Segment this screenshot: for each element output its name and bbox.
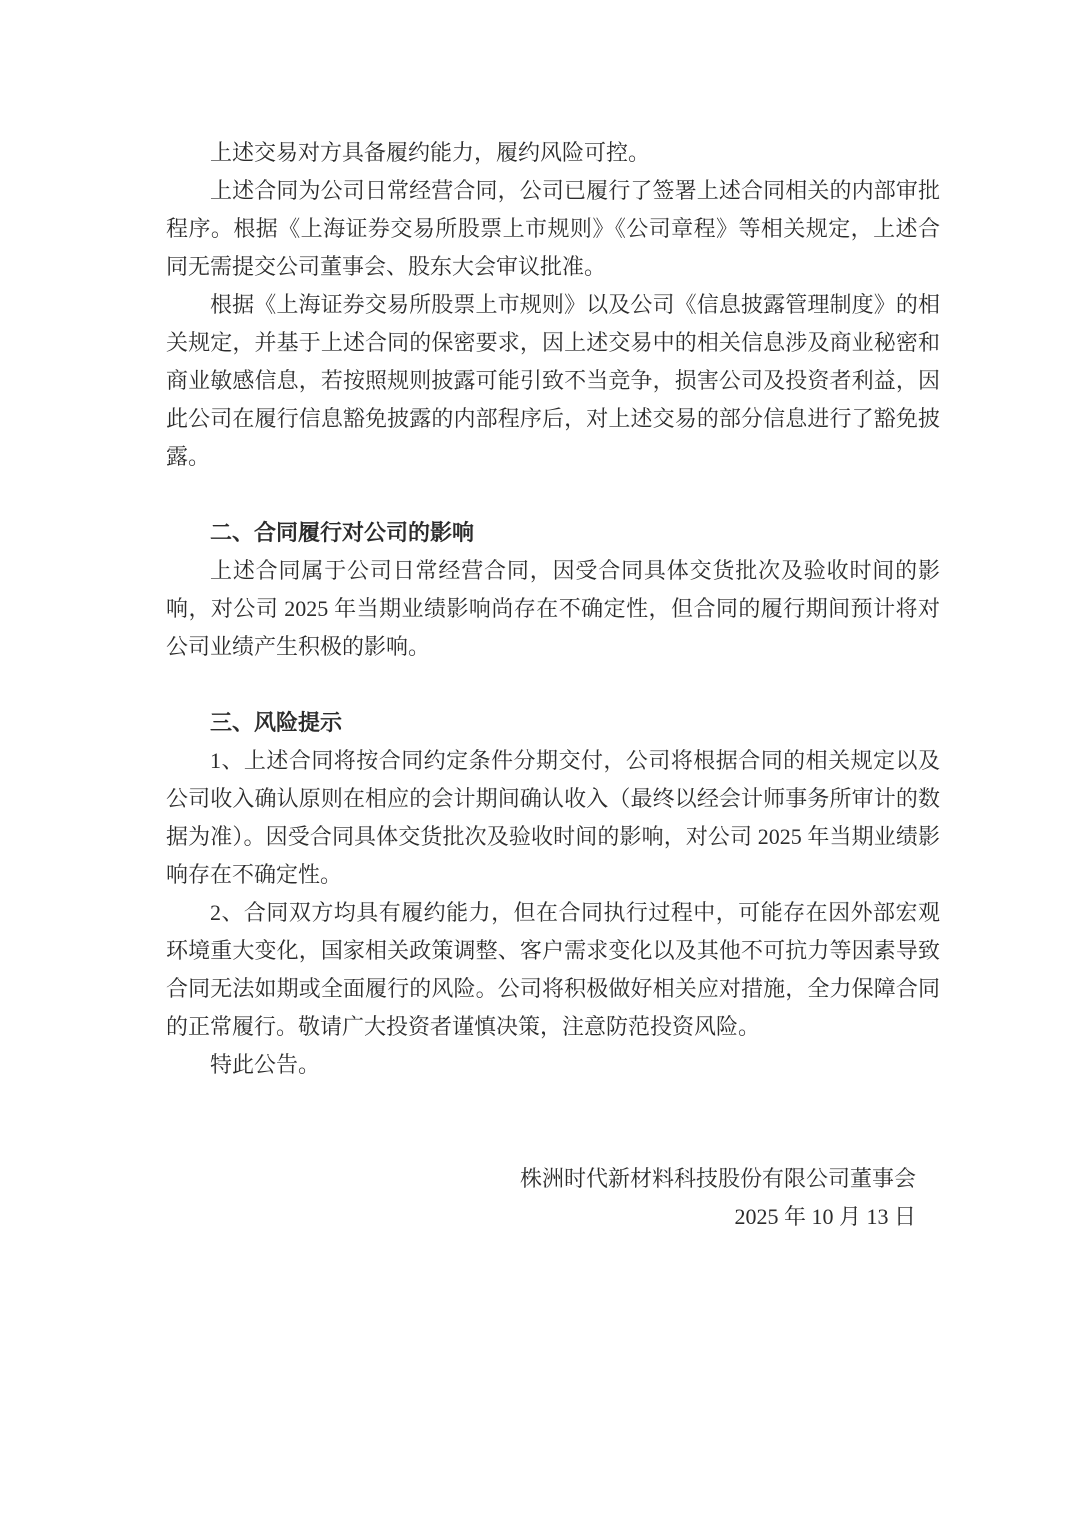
paragraph-counterparty-ability: 上述交易对方具备履约能力，履约风险可控。	[166, 134, 940, 172]
signature-date: 2025 年 10 月 13 日	[166, 1198, 916, 1236]
section-heading-risk-notice: 三、风险提示	[166, 704, 940, 742]
paragraph-impact-on-company: 上述合同属于公司日常经营合同，因受合同具体交货批次及验收时间的影响，对公司 20…	[166, 552, 940, 666]
document-page: 上述交易对方具备履约能力，履约风险可控。 上述合同为公司日常经营合同，公司已履行…	[0, 0, 1080, 1527]
signature-block: 株洲时代新材料科技股份有限公司董事会 2025 年 10 月 13 日	[166, 1160, 940, 1236]
paragraph-announcement-closing: 特此公告。	[166, 1046, 940, 1084]
paragraph-internal-approval: 上述合同为公司日常经营合同，公司已履行了签署上述合同相关的内部审批程序。根据《上…	[166, 172, 940, 286]
section-heading-contract-impact: 二、合同履行对公司的影响	[166, 514, 940, 552]
paragraph-risk-item-1: 1、上述合同将按合同约定条件分期交付，公司将根据合同的相关规定以及公司收入确认原…	[166, 742, 940, 894]
announcement-body: 上述交易对方具备履约能力，履约风险可控。 上述合同为公司日常经营合同，公司已履行…	[166, 134, 940, 1236]
paragraph-disclosure-exemption: 根据《上海证券交易所股票上市规则》以及公司《信息披露管理制度》的相关规定，并基于…	[166, 286, 940, 476]
signature-company: 株洲时代新材料科技股份有限公司董事会	[166, 1160, 916, 1198]
paragraph-risk-item-2: 2、合同双方均具有履约能力，但在合同执行过程中，可能存在因外部宏观环境重大变化，…	[166, 894, 940, 1046]
